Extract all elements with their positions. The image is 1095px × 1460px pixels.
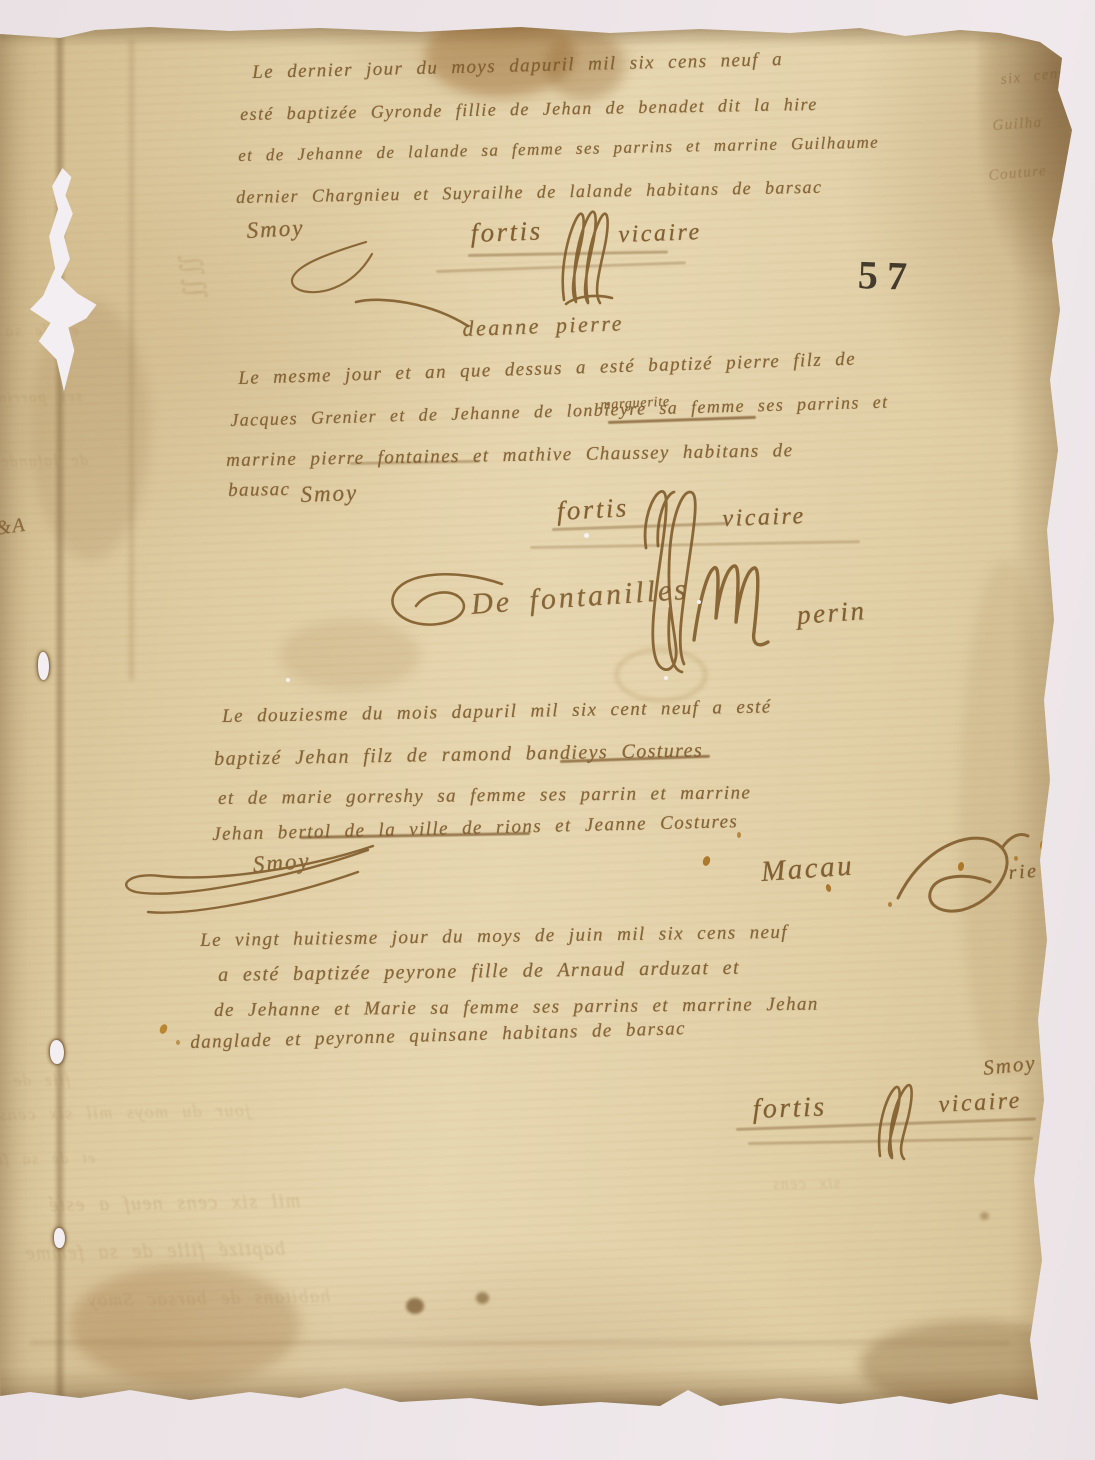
pinhole [584,533,589,538]
fold-edge-text: six cens [1000,65,1067,89]
entry4-line2: a esté baptizée peyrone fille de Arnaud … [218,957,740,987]
ink-spatter [1039,839,1050,852]
entry1-line3: et de Jehanne de lalande sa femme ses pa… [238,133,879,166]
heading-swash-icon [350,292,470,332]
entry4-line4: danglade et peyronne quinsane habitans d… [190,1018,686,1054]
bleedthrough-text: de lalande habitans [0,452,88,473]
left-edge-mark: &A [0,514,27,541]
ink-spatter [825,884,832,893]
stain [960,560,1050,1080]
fold-edge-text: Guilha [992,115,1043,135]
fold-edge-text: Couture [988,163,1048,185]
ink-spot [980,1212,989,1220]
ink-spatter [1014,856,1018,861]
entry2-line1: Le mesme jour et an que dessus a esté ba… [238,349,856,390]
folded-corner [978,28,1078,278]
signoff-tail-flourish-icon [118,842,378,922]
margin-scribble: ∬∬ [175,252,211,303]
entry1-line4: dernier Chargnieu et Suyrailhe de laland… [236,177,823,208]
stain [70,1265,300,1385]
entry2-line3: marrine pierre fontaines et mathive Chau… [226,440,794,472]
paper-bottom-edge-shading [0,1368,1095,1410]
signature-loop-flourish-icon [890,826,1030,926]
entry3-line4: Jehan bertol de la ville de rions et Jea… [212,811,738,846]
manuscript-scan: et de sa femme habitans ses parrins et m… [0,0,1095,1460]
ink-spatter [737,832,741,838]
secondary-crease [128,40,135,680]
entry4-signature-name: fortis [752,1091,827,1126]
entry4-signoff: Smoy [982,1050,1038,1080]
entry2-heading: deanne pierre [462,310,624,342]
page-number-stamp: 57 [857,251,917,300]
entry3-line3: et de marie gorreshy sa femme ses parrin… [218,782,751,810]
bleedthrough-text: habitans de barsac Smoy [86,1286,330,1312]
ink-spot [476,1292,489,1304]
entry3-line1: Le douziesme du mois dapuril mil six cen… [222,696,772,728]
entry3-signature-name: Macau [760,850,855,889]
entry2-signature2-title: perin [796,595,867,631]
stain [860,1320,1090,1410]
ink-spatter [158,1023,168,1035]
entry3-line2: baptizé Jehan filz de ramond bandieys Co… [214,739,703,771]
ink-spatter [888,902,892,907]
entry1-signature-name: fortis [470,215,543,248]
pinhole [664,676,668,680]
manuscript-page: et de sa femme habitans ses parrins et m… [0,0,1095,1460]
bleedthrough-text: six cens [772,1175,841,1194]
signature2-paraph-icon [688,562,778,652]
entry2-signoff: Smoy [300,480,359,508]
ink-spatter [176,1040,180,1045]
horizontal-crease [30,1340,1010,1346]
ink-spot [406,1298,424,1314]
signature2-opening-loop-icon [386,566,506,646]
entry2-signature-name: fortis [556,492,630,527]
entry4-line1: Le vingt huitiesme jour du moys de juin … [200,922,788,952]
entry4-line3: de Jehanne et Marie sa femme ses parrins… [214,994,819,1022]
bleedthrough-text: ses parrins et marrine de [0,388,82,410]
pinhole [697,600,701,604]
entry2-line4: bausac [228,479,291,502]
entry1-line1: Le dernier jour du moys dapuril mil six … [252,49,783,84]
paper-right-edge-shading [1012,30,1072,1410]
entry1-line2: esté baptizée Gyronde fillie de Jehan de… [240,94,818,125]
entry2-line2: Jacques Grenier et de Jehanne de lonbiey… [230,392,889,431]
bleedthrough-text: mil six cens neuf a esté [48,1190,301,1217]
bleedthrough-text: filz de [12,1070,70,1091]
entry2-signature-title: vicaire [722,503,806,533]
entry4-signature-title: vicaire [938,1088,1023,1119]
bleedthrough-text: et de sa femme habitans [0,322,78,344]
ink-spatter [702,855,712,867]
signature-paraph-icon [556,208,620,308]
pinhole [286,678,290,682]
bleedthrough-text: baptizé fille de sa femme [24,1238,285,1266]
paper-top-edge-shading [0,24,1095,46]
bleedthrough-text: et de sa femme ses parrins [0,1150,95,1172]
entry1-signature-title: vicaire [618,219,702,249]
bleedthrough-text: jour du moys mil six cens [0,1100,250,1125]
